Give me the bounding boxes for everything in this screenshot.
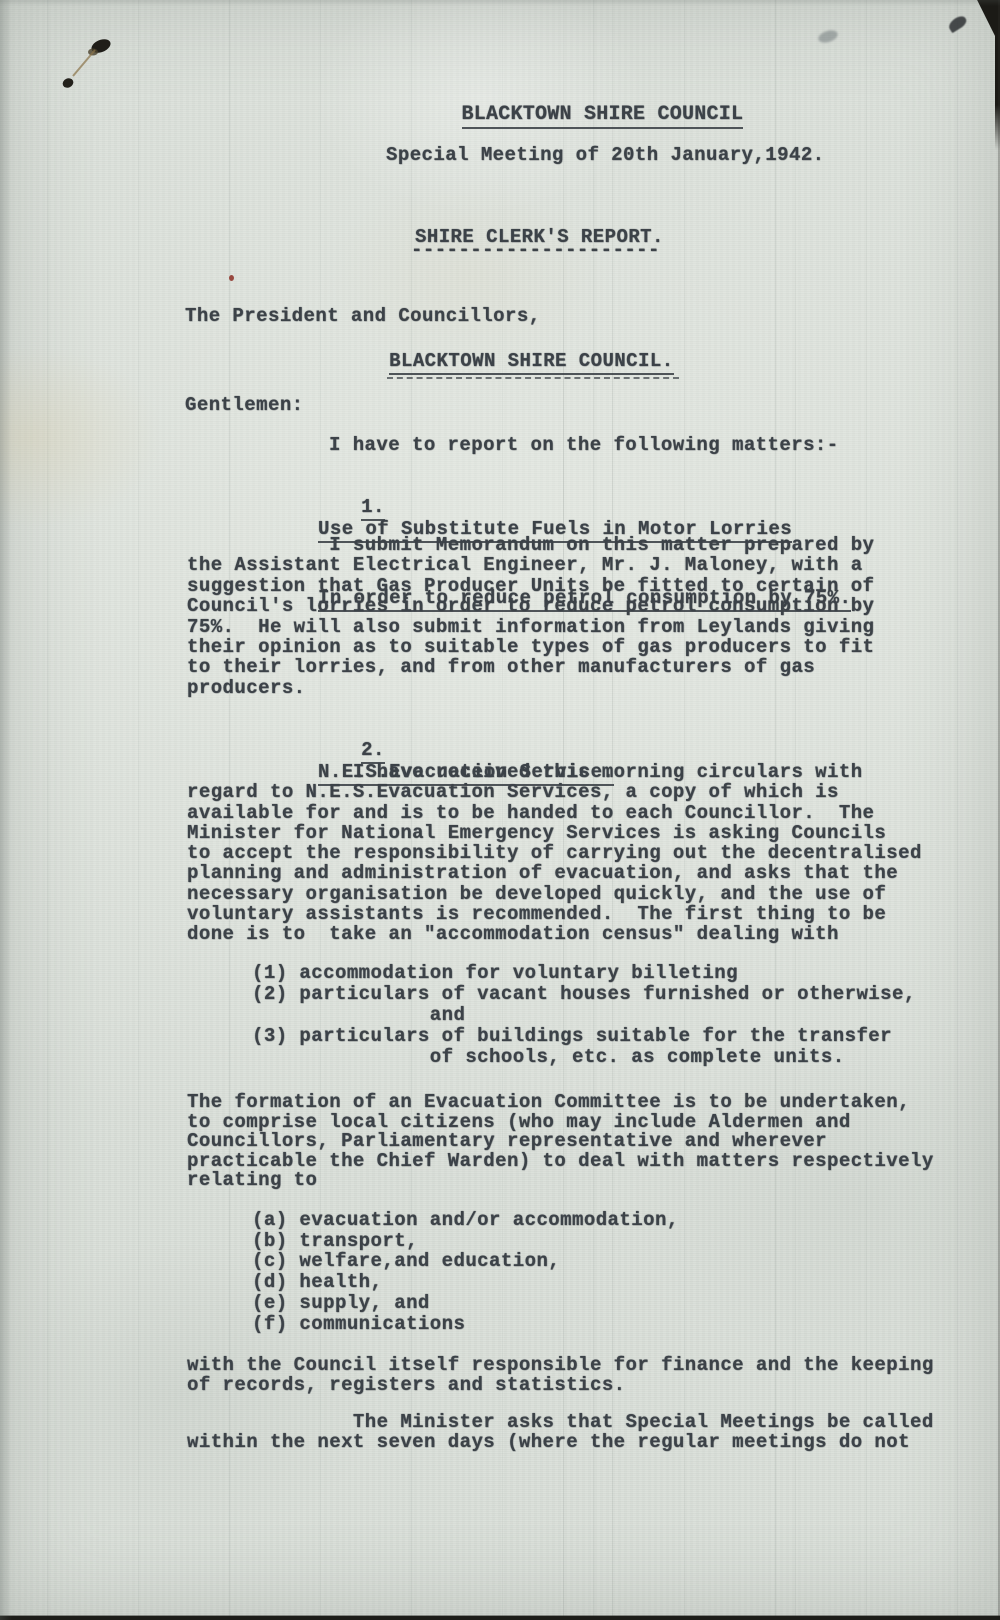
report-heading-rule: --------------------- [411, 239, 660, 261]
salutation-line-1: The President and Councillors, [185, 305, 541, 327]
page-edge-left-shade [0, 0, 12, 1620]
salutation-line-2-text: BLACKTOWN SHIRE COUNCIL. [389, 350, 673, 375]
section-2-paragraph: I have received this morning circulars w… [187, 762, 922, 945]
closing-paragraph: with the Council itself responsible for … [187, 1355, 934, 1395]
intro-line: I have to report on the following matter… [329, 434, 839, 456]
committee-list: (a) evacuation and/or accommodation, (b)… [252, 1210, 679, 1334]
census-list: (1) accommodation for voluntary billetin… [252, 963, 916, 1068]
document-title: BLACKTOWN SHIRE COUNCIL [388, 80, 743, 152]
committee-paragraph: The formation of an Evacuation Committee… [187, 1093, 934, 1191]
minister-paragraph: The Minister asks that Special Meetings … [187, 1412, 934, 1452]
salutation-line-2: BLACKTOWN SHIRE COUNCIL. [318, 328, 674, 397]
document-page: BLACKTOWN SHIRE COUNCIL Special Meeting … [0, 0, 1000, 1620]
meeting-subtitle: Special Meeting of 20th January,1942. [386, 144, 825, 166]
section-1-paragraph: I submit Memorandum on this matter prepa… [187, 535, 874, 698]
red-ink-dot [229, 275, 234, 281]
document-title-text: BLACKTOWN SHIRE COUNCIL [462, 103, 744, 129]
page-edge-bottom [0, 1612, 1000, 1620]
page-edge-top-shade [0, 0, 1000, 6]
ink-blot [55, 30, 125, 100]
typewritten-text-layer: BLACKTOWN SHIRE COUNCIL Special Meeting … [0, 0, 1000, 1620]
greeting: Gentlemen: [185, 394, 304, 416]
